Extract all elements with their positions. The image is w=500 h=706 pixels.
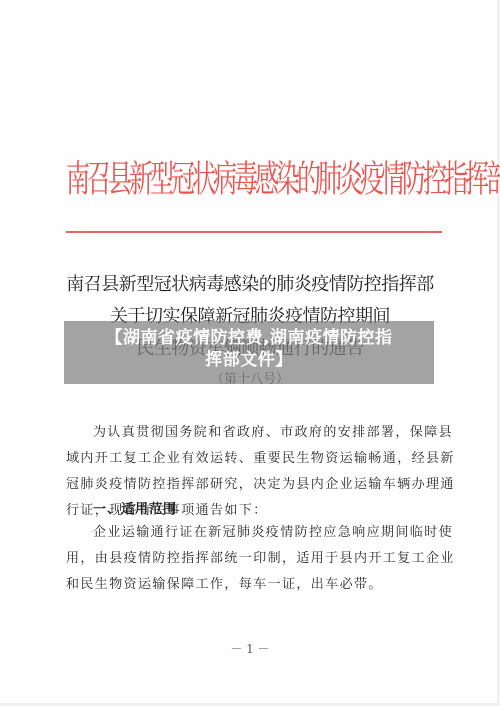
caption-overlay: 【湖南省疫情防控费,湖南疫情防控指 挥部文件】 [64,321,434,384]
red-header-title: 南召县新型冠状病毒感染的肺炎疫情防控指挥部文件 [66,148,444,202]
page-number: － 1 － [0,640,500,657]
paragraph-line: 和民生物资运输保障工作，每车一证，出车必带。 [66,572,441,598]
section-heading-scope: 一、适用范围 [93,498,177,517]
paragraph-line: 为认真贯彻国务院和省政府、市政府的安排部署，保障县 [66,420,441,446]
paragraph-line: 用，由县疫情防控指挥部统一印制，适用于县内开工复工企业 [66,546,441,572]
paragraph-line: 企业运输通行证在新冠肺炎疫情防控应急响应期间临时使 [66,520,441,546]
document-title-line-1: 南召县新型冠状病毒感染的肺炎疫情防控指挥部 [0,270,500,296]
red-header-rule [66,231,442,233]
paragraph-scope: 企业运输通行证在新冠肺炎疫情防控应急响应期间临时使 用，由县疫情防控指挥部统一印… [66,520,441,598]
document-page: 南召县新型冠状病毒感染的肺炎疫情防控指挥部文件 南召县新型冠状病毒感染的肺炎疫情… [0,0,500,706]
caption-line-2: 挥部文件】 [64,349,434,371]
paragraph-line: 冠肺炎疫情防控指挥部研究，决定为县内企业运输车辆办理通 [66,472,441,498]
paragraph-line: 域内开工复工企业有效运转、重要民生物资运输畅通，经县新 [66,446,441,472]
caption-line-1: 【湖南省疫情防控费,湖南疫情防控指 [64,327,434,349]
